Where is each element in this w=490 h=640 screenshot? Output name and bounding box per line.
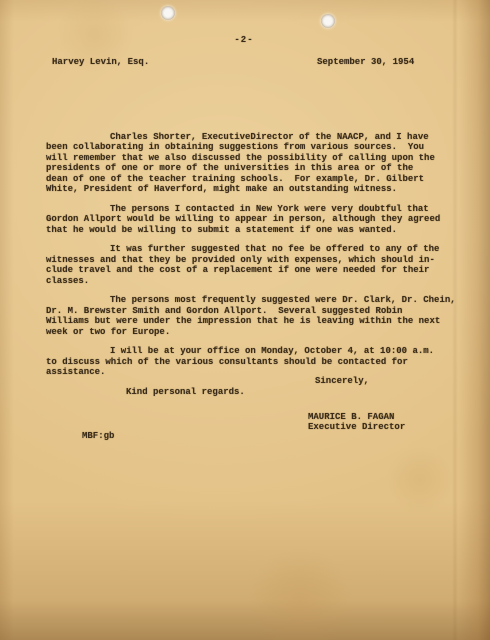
paragraph-line: will remember that we also discussed the… xyxy=(46,153,448,164)
valediction: Sincerely, xyxy=(315,376,369,387)
paragraph-line: witnesses and that they be provided only… xyxy=(46,255,448,266)
recipient-name: Harvey Levin, Esq. xyxy=(52,57,149,68)
paragraph: The persons I contacted in New York were… xyxy=(46,204,448,236)
punch-hole-right xyxy=(321,14,335,28)
sender-name: MAURICE B. FAGAN xyxy=(308,412,394,423)
page-number: -2- xyxy=(0,35,488,46)
paragraph-line: The persons most frequently suggested we… xyxy=(46,295,448,306)
letter-body: Charles Shorter, ExecutiveDirector of th… xyxy=(46,100,448,406)
paragraph-line: Dr. M. Brewster Smith and Gordon Allport… xyxy=(46,306,448,317)
signature-block: Sincerely, MAURICE B. FAGAN Executive Di… xyxy=(46,372,448,462)
paragraph: It was further suggested that no fee be … xyxy=(46,244,448,286)
letter-page: -2- Harvey Levin, Esq. September 30, 195… xyxy=(0,0,490,640)
paragraph-line: Gordon Allport would be willing to appea… xyxy=(46,214,448,225)
sender-title: Executive Director xyxy=(308,422,405,433)
paragraph-line: The persons I contacted in New York were… xyxy=(46,204,448,215)
paragraph-line: dean of one of the teacher training scho… xyxy=(46,174,448,185)
letter-date: September 30, 1954 xyxy=(317,57,414,68)
paragraph-line: that he would be willing to submit a sta… xyxy=(46,225,448,236)
paragraph-line: White, President of Haverford, might mak… xyxy=(46,184,448,195)
typist-initials: MBF:gb xyxy=(82,431,114,442)
paragraph-line: presidents of one or more of the univers… xyxy=(46,163,448,174)
paragraph-line: It was further suggested that no fee be … xyxy=(46,244,448,255)
paragraph-line: to discuss which of the various consulta… xyxy=(46,357,448,368)
paragraph-line: been collaborating in obtaining suggesti… xyxy=(46,142,448,153)
paragraph-line: I will be at your office on Monday, Octo… xyxy=(46,346,448,357)
paragraph-line: clude travel and the cost of a replaceme… xyxy=(46,265,448,276)
paragraph-line: week or two for Europe. xyxy=(46,327,448,338)
punch-hole-left xyxy=(161,6,175,20)
paragraph: The persons most frequently suggested we… xyxy=(46,295,448,337)
paragraph: Charles Shorter, ExecutiveDirector of th… xyxy=(46,132,448,195)
paragraph-line: classes. xyxy=(46,276,448,287)
paragraph-line: Williams but were under the impression t… xyxy=(46,316,448,327)
paragraph-line: Charles Shorter, ExecutiveDirector of th… xyxy=(46,132,448,143)
